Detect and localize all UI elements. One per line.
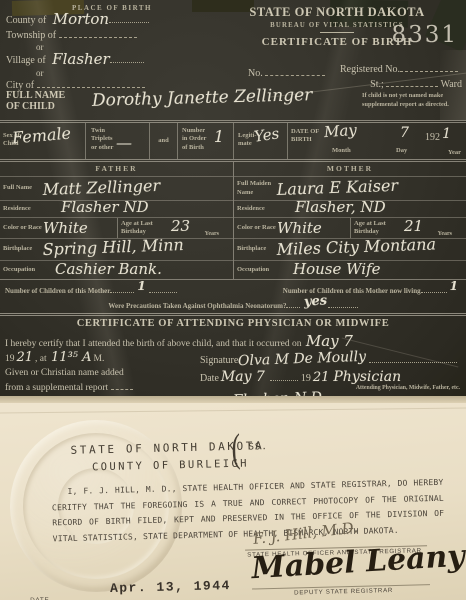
blank-line <box>37 78 145 88</box>
precautions-label: Were Precautions Taken Against Ophthalmi… <box>108 302 286 310</box>
mother-years-label: Years <box>438 231 452 237</box>
blank-line <box>270 370 298 381</box>
street-ward-line: St.; Ward <box>370 77 462 90</box>
date-of-birth-label: DATE OF BIRTH <box>291 128 319 145</box>
parents-section: FATHER Full Name Matt Zellinger Residenc… <box>0 162 466 279</box>
st-label: St.; <box>370 79 384 90</box>
father-race-label: Color or Race <box>0 222 43 234</box>
blank-line <box>328 298 358 308</box>
mother-age-label: Age at Last Birthday <box>354 220 398 236</box>
and-cell: and <box>150 123 178 159</box>
signature-row: Signature Olva M De Moully <box>200 351 460 369</box>
certification-sheet: STATE OF NORTH DAKOTA ( SS. COUNTY OF BU… <box>0 396 466 600</box>
mother-residence-handwriting: Flasher, ND <box>295 198 386 217</box>
twin-label-line2: Triplets <box>91 135 113 142</box>
street-no-line: No. <box>248 66 325 79</box>
blank-line <box>149 283 177 293</box>
children-count-line: Number of Children of this Mother1 Numbe… <box>5 282 461 296</box>
father-name-label: Full Name <box>0 182 43 194</box>
certification-content: STATE OF NORTH DAKOTA ( SS. COUNTY OF BU… <box>0 396 466 600</box>
no-label: No. <box>248 68 263 79</box>
supplemental-line2: from a supplemental report <box>5 380 190 395</box>
village-value-handwriting: Flasher <box>52 50 110 68</box>
vitals-row: Sex of Child Female Twin Triplets or oth… <box>0 123 466 162</box>
father-residence-row: Residence Flasher ND <box>0 200 233 217</box>
time-handwriting: 11³⁵ A <box>51 350 92 365</box>
year-printed-prefix: 192 <box>425 132 440 143</box>
certification-county-line: COUNTY OF BURLEIGH <box>92 458 249 474</box>
divider <box>320 32 354 33</box>
state-title: STATE OF NORTH DAKOTA <box>242 5 432 20</box>
father-occupation-row: Occupation Cashier Bank. <box>0 260 233 279</box>
blank-line <box>265 66 325 76</box>
registered-no-label: Registered No. <box>340 64 400 75</box>
legitimate-label-line2: mate <box>238 140 252 147</box>
precautions-handwriting: yes <box>304 293 328 310</box>
blank-line <box>110 53 144 63</box>
county-label: County of <box>6 15 46 26</box>
date-of-birth-cell: DATE OF BIRTH May 7 192 1 Month Day Year <box>288 123 466 159</box>
twin-label-line3: or other <box>91 144 113 151</box>
twin-label: Twin Triplets or other <box>91 127 113 152</box>
date-handwriting: May 7 <box>221 369 265 385</box>
children-count-left: Number of Children of this Mother1 <box>5 282 177 296</box>
father-occupation-label: Occupation <box>0 264 43 276</box>
full-name-label-line2: OF CHILD <box>6 101 65 112</box>
father-residence-label: Residence <box>0 203 43 215</box>
children-count-label: Number of Children of this Mother <box>5 287 110 295</box>
dob-label-line1: DATE OF <box>291 128 319 135</box>
mother-birthplace-row: Birthplace Miles City Montana <box>234 238 466 260</box>
blank-line <box>421 283 447 293</box>
dob-label-line2: BIRTH <box>291 136 312 143</box>
mother-race-handwriting: White <box>277 219 322 238</box>
mother-occupation-row: Occupation House Wife <box>234 260 466 279</box>
certificate-of-birth-document: PLACE OF BIRTH County of Morton Township… <box>0 0 466 398</box>
father-race-handwriting: White <box>43 219 88 238</box>
birth-certificate-scan: PLACE OF BIRTH County of Morton Township… <box>0 0 466 600</box>
blank-line <box>110 283 134 293</box>
capacity-handwriting: Physician <box>333 369 401 385</box>
mother-residence-row: Residence Flasher, ND <box>234 200 466 217</box>
sex-cell: Sex of Child Female <box>0 123 86 159</box>
precautions-line: Were Precautions Taken Against Ophthalmi… <box>5 297 461 312</box>
father-section-title: FATHER <box>0 162 233 176</box>
or-label: or <box>36 68 234 78</box>
father-birthplace-label: Birthplace <box>0 243 43 255</box>
blank-line <box>386 77 438 87</box>
mother-birthplace-label: Birthplace <box>234 243 277 255</box>
mother-name-label: Full Maiden Name <box>234 178 277 198</box>
date-label: Date <box>200 371 219 387</box>
certify-statement: I hereby certify that I attended the bir… <box>0 329 466 351</box>
father-column: FATHER Full Name Matt Zellinger Residenc… <box>0 162 233 279</box>
father-name-handwriting: Matt Zellinger <box>42 176 160 200</box>
mother-birthplace-handwriting: Miles City Montana <box>276 234 436 260</box>
supplemental-line1: Given or Christian name added <box>5 366 190 380</box>
mother-occupation-handwriting: House Wife <box>293 260 381 279</box>
blank-line <box>286 298 300 308</box>
father-birthplace-row: Birthplace Spring Hill, Minn <box>0 238 233 260</box>
children-count-handwriting: 1 <box>137 279 145 293</box>
place-of-birth-block: PLACE OF BIRTH County of Morton Township… <box>6 4 234 92</box>
birth-year-handwriting: 1 <box>442 126 451 142</box>
mother-name-row: Full Maiden Name Laura E Kaiser <box>234 176 466 200</box>
full-name-label: FULL NAME OF CHILD <box>6 90 65 112</box>
legitimate-cell: Legiti- mate Yes <box>234 123 288 159</box>
date-stamp: Apr. 13, 1944 <box>110 578 231 596</box>
birth-order-value-handwriting: 1 <box>214 127 224 146</box>
father-occupation-handwriting: Cashier Bank. <box>55 260 162 279</box>
full-name-label-line1: FULL NAME <box>6 90 65 101</box>
date-year-handwriting: 21 <box>313 370 330 386</box>
physician-section-title: CERTIFICATE OF ATTENDING PHYSICIAN OR MI… <box>0 318 466 329</box>
father-age-label: Age at Last Birthday <box>121 220 165 236</box>
certify-text: I hereby certify that I attended the bir… <box>5 339 302 349</box>
at-text: , at <box>35 354 47 364</box>
ss-label: SS. <box>248 442 268 452</box>
township-label: Township of <box>6 30 56 41</box>
order-label-line2: in Order <box>182 135 206 142</box>
date-year-prefix: 19 <box>301 371 311 387</box>
village-label: Village of <box>6 55 46 66</box>
day-sublabel: Day <box>396 147 407 155</box>
father-birthplace-handwriting: Spring Hill, Minn <box>42 235 184 260</box>
mother-section-title: MOTHER <box>234 162 466 176</box>
mother-occupation-label: Occupation <box>234 264 277 276</box>
year-handwriting: 21 <box>17 350 34 365</box>
birth-order-label: Number in Order of Birth <box>182 127 206 152</box>
blank-line <box>109 13 149 23</box>
date-label: DATE <box>30 596 49 600</box>
year-sublabel: Year <box>448 149 461 157</box>
city-label: City of <box>6 80 34 91</box>
birth-order-cell: Number in Order of Birth 1 <box>178 123 234 159</box>
twin-label-line1: Twin <box>91 127 105 134</box>
birth-month-handwriting: May <box>323 121 357 141</box>
deputy-signature-handwriting: Mabel Leany <box>251 539 466 587</box>
father-age-handwriting: 23 <box>171 217 190 235</box>
mother-column: MOTHER Full Maiden Name Laura E Kaiser R… <box>233 162 466 279</box>
blank-line <box>59 28 137 38</box>
father-years-label: Years <box>205 231 219 237</box>
order-label-line1: Number <box>182 127 205 134</box>
year-prefix: 19 <box>5 354 15 364</box>
blank-line <box>400 62 458 72</box>
mother-residence-label: Residence <box>234 203 277 215</box>
father-race-row: Color or Race White Age at Last Birthday… <box>0 217 233 238</box>
supplemental-text: from a supplemental report <box>5 383 108 393</box>
order-label-line3: of Birth <box>182 144 204 151</box>
time-line: 1921, at 11³⁵ AM. <box>5 351 190 366</box>
serial-number: 8331 <box>391 22 458 48</box>
birth-day-handwriting: 7 <box>400 125 409 141</box>
township-line: Township of <box>6 28 234 43</box>
deputy-title: DEPUTY STATE REGISTRAR <box>294 587 393 596</box>
certificate-header: PLACE OF BIRTH County of Morton Township… <box>0 0 466 90</box>
unnamed-child-note: If child is not yet named make supplemen… <box>362 91 460 109</box>
ward-label: Ward <box>441 79 462 90</box>
physician-section: CERTIFICATE OF ATTENDING PHYSICIAN OR MI… <box>0 313 466 398</box>
and-label: and <box>158 137 168 145</box>
physician-left-column: 1921, at 11³⁵ AM. Given or Christian nam… <box>0 351 190 398</box>
sex-value-handwriting: Female <box>11 123 71 147</box>
children-count-section: Number of Children of this Mother1 Numbe… <box>0 279 466 313</box>
county-value-handwriting: Morton <box>53 10 109 28</box>
mother-race-label: Color or Race <box>234 222 277 234</box>
father-name-row: Full Name Matt Zellinger <box>0 176 233 200</box>
m-text: M. <box>94 354 105 364</box>
father-residence-handwriting: Flasher ND <box>61 198 148 217</box>
registered-no-line: Registered No. <box>340 62 458 75</box>
legitimate-value-handwriting: Yes <box>253 124 280 145</box>
twin-cell: Twin Triplets or other — <box>86 123 150 159</box>
mother-name-handwriting: Laura E Kaiser <box>276 176 398 200</box>
physician-signature-handwriting: Olva M De Moully <box>238 349 367 369</box>
occurred-date-handwriting: May 7 <box>306 332 353 350</box>
twin-value-handwriting: — <box>116 133 132 152</box>
county-line: County of Morton <box>6 12 234 28</box>
month-sublabel: Month <box>332 147 351 155</box>
mother-age-handwriting: 21 <box>404 217 423 235</box>
blank-line <box>369 352 457 363</box>
certification-body-text: I, F. J. HILL, M. D., STATE HEALTH OFFIC… <box>51 475 444 547</box>
blank-line <box>111 380 133 390</box>
full-name-row: FULL NAME OF CHILD Dorothy Janette Zelli… <box>0 90 466 123</box>
village-line: Village of Flasher <box>6 52 234 68</box>
children-living-handwriting: 1 <box>450 279 458 293</box>
physician-right-column: Signature Olva M De Moully Date May 7 19… <box>190 351 466 398</box>
physician-columns: 1921, at 11³⁵ AM. Given or Christian nam… <box>0 351 466 398</box>
signature-label: Signature <box>200 353 238 369</box>
